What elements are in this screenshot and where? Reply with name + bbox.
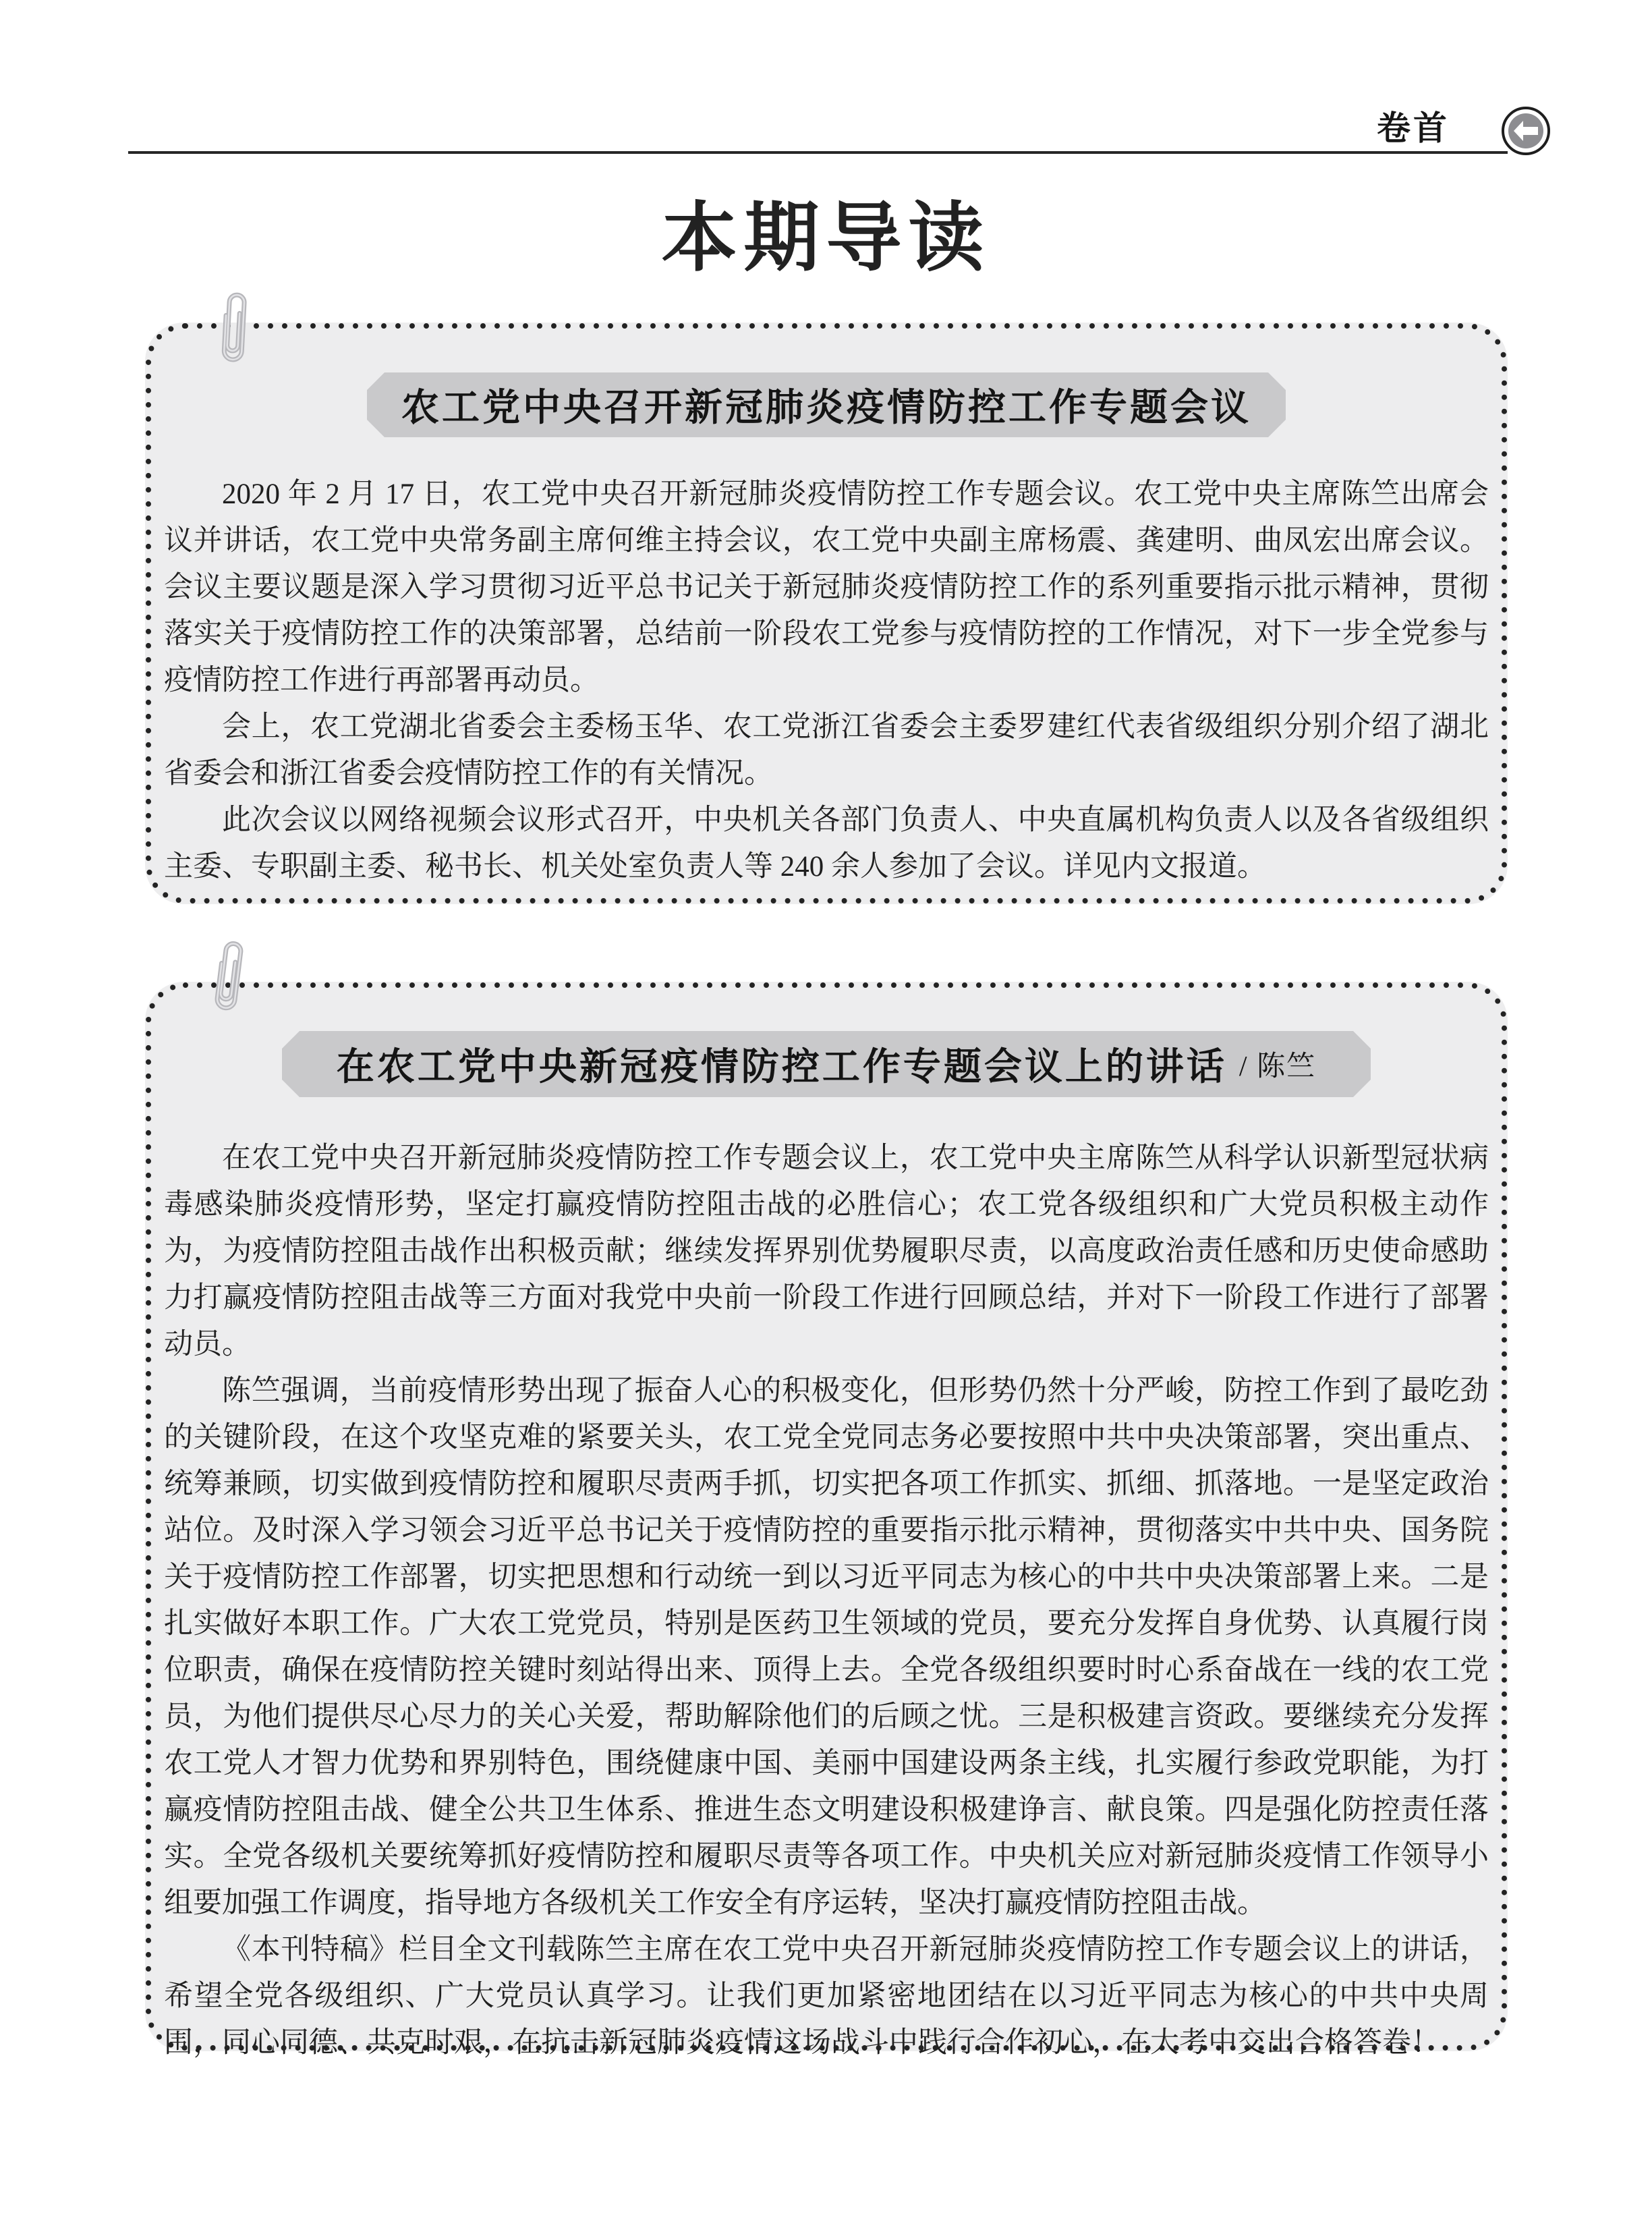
box-heading-text: 在农工党中央新冠疫情防控工作专题会议上的讲话 [337, 1037, 1227, 1091]
notice-box-meeting: 农工党中央召开新冠肺炎疫情防控工作专题会议 2020 年 2 月 17 日，农工… [145, 323, 1508, 904]
paragraph: 2020 年 2 月 17 日，农工党中央召开新冠肺炎疫情防控工作专题会议。农工… [164, 471, 1489, 704]
paperclip-icon [216, 291, 252, 368]
box-heading: 在农工党中央新冠疫情防控工作专题会议上的讲话 / 陈竺 [282, 1031, 1371, 1097]
box-heading-text: 农工党中央召开新冠肺炎疫情防控工作专题会议 [401, 378, 1251, 432]
box-body: 2020 年 2 月 17 日，农工党中央召开新冠肺炎疫情防控工作专题会议。农工… [164, 471, 1489, 890]
paragraph: 《本刊特稿》栏目全文刊载陈竺主席在农工党中央召开新冠肺炎疫情防控工作专题会议上的… [164, 1926, 1489, 2066]
paperclip-icon [208, 938, 249, 1017]
box-body: 在农工党中央召开新冠肺炎疫情防控工作专题会议上，农工党中央主席陈竺从科学认识新型… [164, 1135, 1489, 2066]
header-rule [128, 151, 1508, 154]
paragraph: 会上，农工党湖北省委会主委杨玉华、农工党浙江省委会主委罗建红代表省级组织分别介绍… [164, 704, 1489, 797]
back-arrow-circle-icon [1502, 107, 1550, 155]
page-title: 本期导读 [0, 194, 1652, 282]
paragraph: 陈竺强调，当前疫情形势出现了振奋人心的积极变化，但形势仍然十分严峻，防控工作到了… [164, 1368, 1489, 1926]
notice-box-speech: 在农工党中央新冠疫情防控工作专题会议上的讲话 / 陈竺 在农工党中央召开新冠肺炎… [145, 982, 1508, 2051]
box-heading: 农工党中央召开新冠肺炎疫情防控工作专题会议 [367, 372, 1286, 437]
paragraph: 此次会议以网络视频会议形式召开，中央机关各部门负责人、中央直属机构负责人以及各省… [164, 797, 1489, 890]
paragraph: 在农工党中央召开新冠肺炎疫情防控工作专题会议上，农工党中央主席陈竺从科学认识新型… [164, 1135, 1489, 1368]
box-heading-author: / 陈竺 [1239, 1044, 1316, 1084]
back-arrow-icon [1508, 113, 1543, 148]
section-label: 卷首 [1377, 109, 1450, 147]
